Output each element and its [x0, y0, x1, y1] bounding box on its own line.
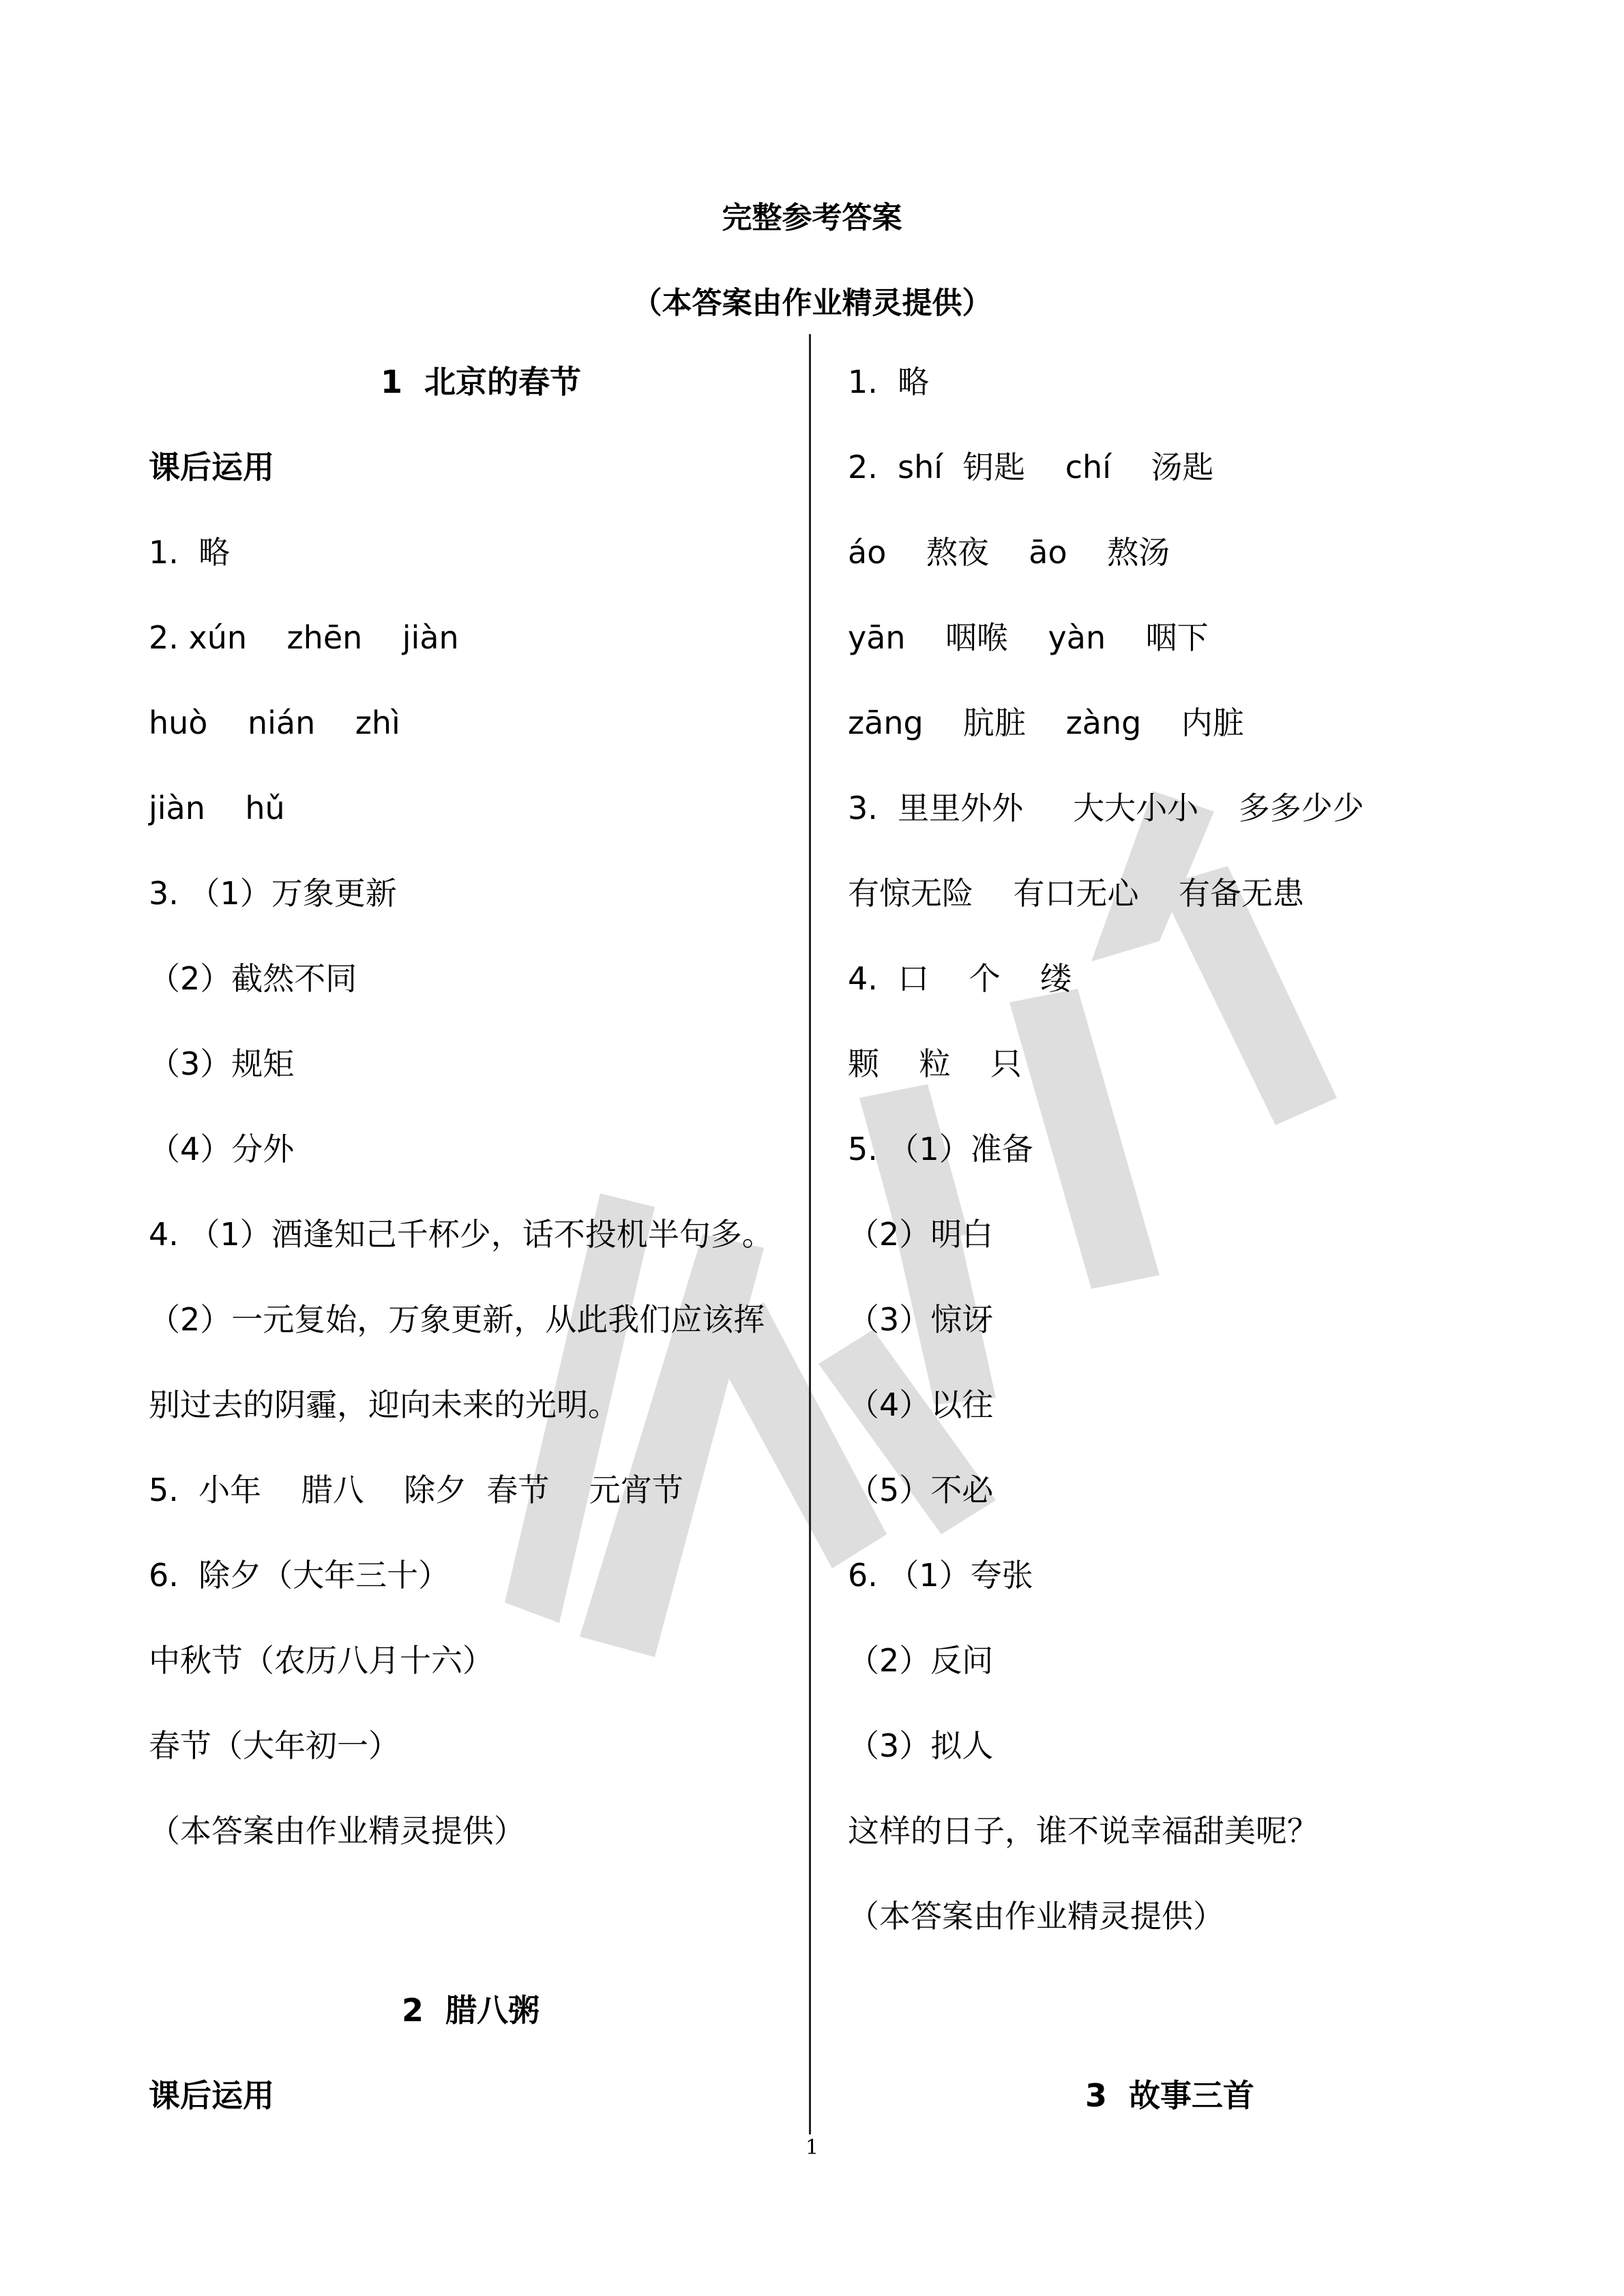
answer-line: （2）明白	[848, 1214, 993, 1255]
watermark-logo-icon	[477, 716, 1364, 1671]
answer-line: 2. xún zhēn jiàn	[149, 617, 459, 658]
answer-line: 2. shí 钥匙 chí 汤匙	[848, 447, 1213, 488]
answer-line: （2）截然不同	[149, 958, 357, 999]
answer-line: 颗 粒 只	[848, 1043, 1022, 1084]
answer-line: 3. （1）万象更新	[149, 873, 397, 914]
answer-line: huò nián zhì	[149, 702, 400, 743]
answer-line: 4. （1）酒逢知己千杯少，话不投机半句多。	[149, 1214, 773, 1255]
credit-line: （本答案由作业精灵提供）	[848, 1896, 1224, 1937]
answer-line: 5. 小年 腊八 除夕 春节 元宵节	[149, 1470, 683, 1510]
answer-line: （4）分外	[149, 1129, 294, 1169]
answer-line: （5）不必	[848, 1470, 993, 1510]
section-title-1: 1 北京的春节	[140, 361, 822, 402]
answer-line: 5. （1）准备	[848, 1129, 1033, 1169]
answer-line: （2）反问	[848, 1640, 993, 1681]
answer-line: 3. 里里外外 大大小小 多多少少	[848, 788, 1364, 829]
answer-line: （3）拟人	[848, 1725, 993, 1766]
answer-line: yān 咽喉 yàn 咽下	[848, 617, 1209, 658]
page-number: 1	[0, 2136, 1624, 2160]
answer-line: 6. （1）夸张	[848, 1555, 1033, 1596]
answer-line: 这样的日子，谁不说幸福甜美呢？	[848, 1810, 1318, 1851]
answer-line: 6. 除夕（大年三十）	[149, 1555, 449, 1596]
credit-line: （本答案由作业精灵提供）	[149, 1810, 525, 1851]
subsection-heading: 课后运用	[149, 447, 274, 488]
page-subtitle: （本答案由作业精灵提供）	[0, 278, 1624, 322]
column-divider	[809, 334, 811, 2134]
subsection-heading: 课后运用	[149, 2075, 274, 2116]
answer-line: 春节（大年初一）	[149, 1725, 400, 1766]
answer-line: 有惊无险 有口无心 有备无患	[848, 873, 1304, 914]
answer-line: áo 熬夜 āo 熬汤	[848, 532, 1170, 573]
answer-line: jiàn hǔ	[149, 788, 285, 829]
answer-line: 别过去的阴霾，迎向未来的光明。	[149, 1384, 619, 1425]
answer-line: zāng 肮脏 zàng 内脏	[848, 702, 1244, 743]
section-title-3: 3 故事三首	[812, 2075, 1528, 2116]
answer-line: 4. 口 个 缕	[848, 958, 1072, 999]
answer-line: 1. 略	[848, 361, 929, 402]
answer-line: （3）惊讶	[848, 1299, 993, 1340]
answer-line: 中秋节（农历八月十六）	[149, 1640, 494, 1681]
answer-line: （3）规矩	[149, 1043, 294, 1084]
answer-line: （4）以往	[848, 1384, 993, 1425]
answer-line: 1. 略	[149, 532, 230, 573]
answer-line: （2）一元复始，万象更新，从此我们应该挥	[149, 1299, 765, 1340]
section-title-2: 2 腊八粥	[130, 1990, 812, 2031]
page-title: 完整参考答案	[0, 193, 1624, 237]
